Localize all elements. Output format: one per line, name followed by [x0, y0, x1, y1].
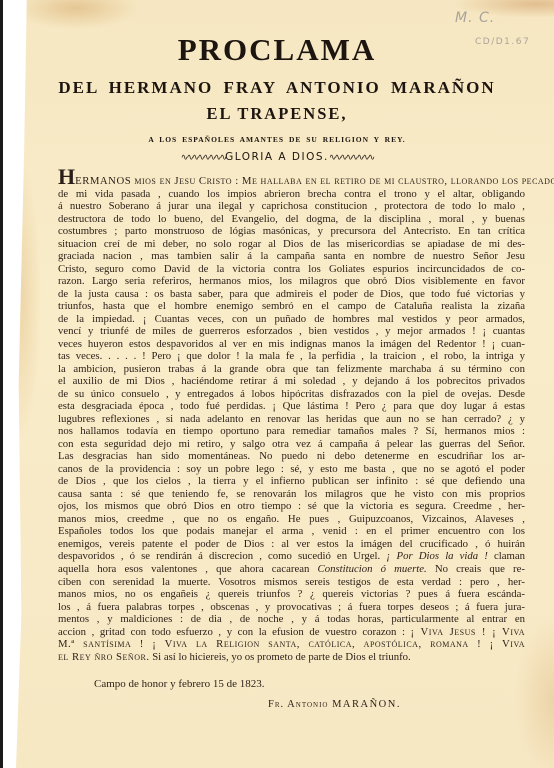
proclamation-body: HERMANOS mios en Jesu Cristo : Me hallab… — [58, 172, 525, 663]
body-line: costumbres ; parto monstruoso de lógias … — [58, 225, 525, 238]
signature-name: MARAÑON. — [332, 699, 401, 710]
handwritten-note: M. C. — [455, 10, 495, 26]
body-line: de la justa causa : os basta saber, para… — [58, 288, 525, 301]
body-line: triunfos, hasta que el hombre enemigo se… — [58, 300, 525, 313]
body-line: con esta seguridad dejo mi retiro, y sal… — [58, 438, 525, 451]
body-line: de Dios , que los cielos , la tierra y e… — [58, 475, 525, 488]
body-line: situacion creí de mi deber, no solo roga… — [58, 238, 525, 251]
motto-line: ∿∿∿∿∿∿∿∿GLORIA A DIOS.∿∿∿∿∿∿∿∿ — [0, 151, 554, 163]
body-line: Españoles todos los que podais manejar e… — [58, 525, 525, 538]
body-line: razon. Largo seria referiros, hermanos m… — [58, 275, 525, 288]
signature-prefix: Fr. Antonio — [268, 699, 328, 710]
acclamation: el Rey ñro Señor. — [58, 651, 150, 663]
body-line: graciada nacion , mas tambien salir á la… — [58, 250, 525, 263]
body-line: manos mios, creedme , que no os engaño. … — [58, 513, 525, 526]
body-line: lugubres reflexiones , si nada adelanto … — [58, 413, 525, 426]
ornament-right-icon: ∿∿∿∿∿∿∿∿ — [329, 153, 373, 163]
body-line-acclamation: M.ª santísima ! ¡ Viva la Religion santa… — [58, 638, 525, 651]
italic-slogan: Constitucion ó muerte. — [318, 563, 427, 575]
body-line: HERMANOS mios en Jesu Cristo : Me hallab… — [58, 172, 525, 188]
body-line: el auxilio de mi Dios , haciéndome retir… — [58, 375, 525, 388]
body-line: nos hallamos todavía en tiempo oportuno … — [58, 425, 525, 438]
body-line: el Rey ñro Señor. Si así lo hiciereis, y… — [58, 651, 525, 664]
italic-exclamation: ¡ Por Dios la vida ! — [386, 550, 488, 562]
body-line: aquella hora esos valentones , que ahora… — [58, 563, 525, 576]
body-line: destructora de todo lo bueno, del Evange… — [58, 213, 525, 226]
signature: Fr. Antonio MARAÑON. — [268, 699, 401, 710]
body-line: manos mios, no os engañeis ¿ quereis tri… — [58, 588, 525, 601]
author-line: DEL HERMANO FRAY ANTONIO MARAÑON — [0, 78, 554, 98]
body-line: los , á fuera palabras torpes , obscenas… — [58, 601, 525, 614]
motto-text: GLORIA A DIOS. — [225, 151, 329, 163]
body-line: la ambicion, pusieron trabas á la grande… — [58, 363, 525, 376]
ornament-left-icon: ∿∿∿∿∿∿∿∿ — [181, 153, 225, 163]
body-line: causa santa : sé que teniendo fe, se ren… — [58, 488, 525, 501]
body-line: mentos , y maldiciones : de dia , de noc… — [58, 613, 525, 626]
body-line: Cristo, seguro como David de la victoria… — [58, 263, 525, 276]
body-line: Las desgracias han sido momentáneas. No … — [58, 450, 525, 463]
body-line: esta desgraciada época , todo fué perdid… — [58, 400, 525, 413]
body-line: canos de la providencia : soy un pobre l… — [58, 463, 525, 476]
body-line: accion , gritad con todo esfuerzo , y co… — [58, 626, 525, 639]
body-line: enemigos, vereis patente el poder de Dio… — [58, 538, 525, 551]
document-title: PROCLAMA — [0, 32, 554, 68]
body-line: veces huyeron estos despavoridos al ver … — [58, 338, 525, 351]
acclamation: ¡ Viva Jesus ! ¡ Viva — [411, 626, 525, 638]
body-line: despavoridos , ó se rendirán á discrecio… — [58, 550, 525, 563]
body-line: vencí y triunfé de miles de guerreros es… — [58, 325, 525, 338]
author-epithet: EL TRAPENSE, — [0, 104, 554, 124]
drop-cap: H — [58, 164, 75, 189]
body-line: de mi vida pasada , cuando los impios ab… — [58, 188, 525, 201]
addressee-line: A LOS ESPAÑOLES AMANTES DE SU RELIGION Y… — [0, 135, 554, 144]
body-line: de su único consuelo , y entregados á lo… — [58, 388, 525, 401]
body-line: ciben con serenidad la muerte. Vosotros … — [58, 576, 525, 589]
body-line: tas veces. . . . . ! Pero ¡ que dolor ! … — [58, 350, 525, 363]
body-line: de la impiedad. ¡ Cuantas veces, con un … — [58, 313, 525, 326]
dateline: Campo de honor y febrero 15 de 1823. — [94, 678, 264, 690]
body-line: á nuestro Soberano á jurar una ilegal y … — [58, 200, 525, 213]
body-line: ojos, los mismos que obró Dios en otro t… — [58, 500, 525, 513]
